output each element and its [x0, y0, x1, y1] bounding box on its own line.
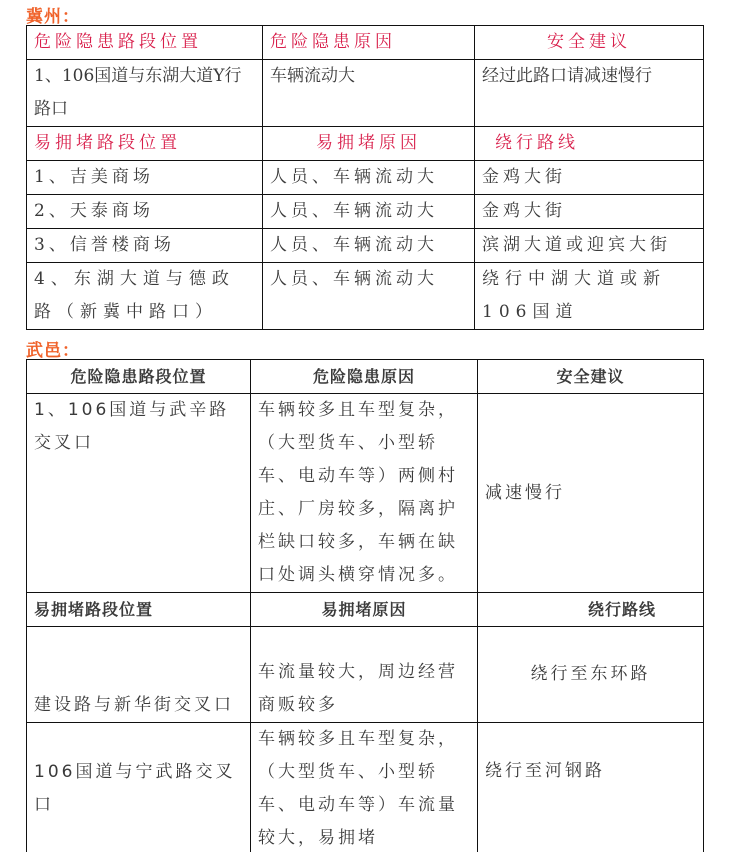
congestion-reason: 人员、车辆流动大 — [263, 161, 475, 195]
header-hazard-reason: 危险隐患原因 — [251, 360, 478, 394]
congestion-location: 3、信誉楼商场 — [27, 229, 263, 263]
hazard-header-row: 危险隐患路段位置 危险隐患原因 安全建议 — [27, 360, 704, 394]
table-row: 106国道与宁武路交叉口 车辆较多且车型复杂，（大型货车、小型轿车、电动车等）车… — [27, 723, 704, 852]
detour-route: 绕行中湖大道或新106国道 — [475, 263, 704, 330]
header-hazard-location: 危险隐患路段位置 — [27, 360, 251, 394]
congestion-location: 2、天泰商场 — [27, 195, 263, 229]
congestion-location: 1、吉美商场 — [27, 161, 263, 195]
table-row: 1、106国道与东湖大道Y行路口 车辆流动大 经过此路口请减速慢行 — [27, 60, 704, 127]
table-row: 2、天泰商场 人员、车辆流动大 金鸡大街 — [27, 195, 704, 229]
congestion-reason: 车流量较大，周边经营商贩较多 — [251, 627, 478, 723]
section-title-wuyi: 武邑： — [26, 336, 80, 361]
hazard-header-row: 危险隐患路段位置 危险隐患原因 安全建议 — [27, 26, 704, 60]
detour-route: 绕行至河钢路 — [478, 723, 704, 852]
jizhou-table: 危险隐患路段位置 危险隐患原因 安全建议 1、106国道与东湖大道Y行路口 车辆… — [26, 25, 704, 330]
table-row: 建设路与新华街交叉口 车流量较大，周边经营商贩较多 绕行至东环路 — [27, 627, 704, 723]
section-title-jizhou: 冀州： — [26, 2, 80, 27]
detour-route: 滨湖大道或迎宾大街 — [475, 229, 704, 263]
detour-route: 金鸡大街 — [475, 195, 704, 229]
table-row: 3、信誉楼商场 人员、车辆流动大 滨湖大道或迎宾大街 — [27, 229, 704, 263]
hazard-advice: 经过此路口请减速慢行 — [475, 60, 704, 127]
header-congestion-reason: 易拥堵原因 — [263, 127, 475, 161]
hazard-reason: 车辆较多且车型复杂，（大型货车、小型轿车、电动车等）两侧村庄、厂房较多，隔离护栏… — [251, 394, 478, 593]
congestion-reason: 人员、车辆流动大 — [263, 263, 475, 330]
hazard-advice: 减速慢行 — [478, 394, 704, 593]
header-hazard-location: 危险隐患路段位置 — [27, 26, 263, 60]
congestion-reason: 人员、车辆流动大 — [263, 229, 475, 263]
header-detour-route: 绕行路线 — [478, 593, 704, 627]
congestion-location: 106国道与宁武路交叉口 — [27, 723, 251, 852]
header-detour-route: 绕行路线 — [475, 127, 704, 161]
detour-route: 绕行至东环路 — [478, 627, 704, 723]
congestion-reason: 车辆较多且车型复杂，（大型货车、小型轿车、电动车等）车流量较大，易拥堵 — [251, 723, 478, 852]
table-row: 1、106国道与武辛路交叉口 车辆较多且车型复杂，（大型货车、小型轿车、电动车等… — [27, 394, 704, 593]
congestion-location: 建设路与新华街交叉口 — [27, 627, 251, 723]
header-congestion-location: 易拥堵路段位置 — [27, 593, 251, 627]
detour-route: 金鸡大街 — [475, 161, 704, 195]
hazard-location: 1、106国道与武辛路交叉口 — [27, 394, 251, 593]
congestion-header-row: 易拥堵路段位置 易拥堵原因 绕行路线 — [27, 593, 704, 627]
hazard-reason: 车辆流动大 — [263, 60, 475, 127]
header-congestion-reason: 易拥堵原因 — [251, 593, 478, 627]
header-hazard-reason: 危险隐患原因 — [263, 26, 475, 60]
table-row: 4、东湖大道与德政路（新冀中路口） 人员、车辆流动大 绕行中湖大道或新106国道 — [27, 263, 704, 330]
congestion-reason: 人员、车辆流动大 — [263, 195, 475, 229]
congestion-location: 4、东湖大道与德政路（新冀中路口） — [27, 263, 263, 330]
table-row: 1、吉美商场 人员、车辆流动大 金鸡大街 — [27, 161, 704, 195]
wuyi-table: 危险隐患路段位置 危险隐患原因 安全建议 1、106国道与武辛路交叉口 车辆较多… — [26, 359, 704, 852]
header-safety-advice: 安全建议 — [478, 360, 704, 394]
header-safety-advice: 安全建议 — [475, 26, 704, 60]
hazard-location: 1、106国道与东湖大道Y行路口 — [27, 60, 263, 127]
congestion-header-row: 易拥堵路段位置 易拥堵原因 绕行路线 — [27, 127, 704, 161]
header-congestion-location: 易拥堵路段位置 — [27, 127, 263, 161]
